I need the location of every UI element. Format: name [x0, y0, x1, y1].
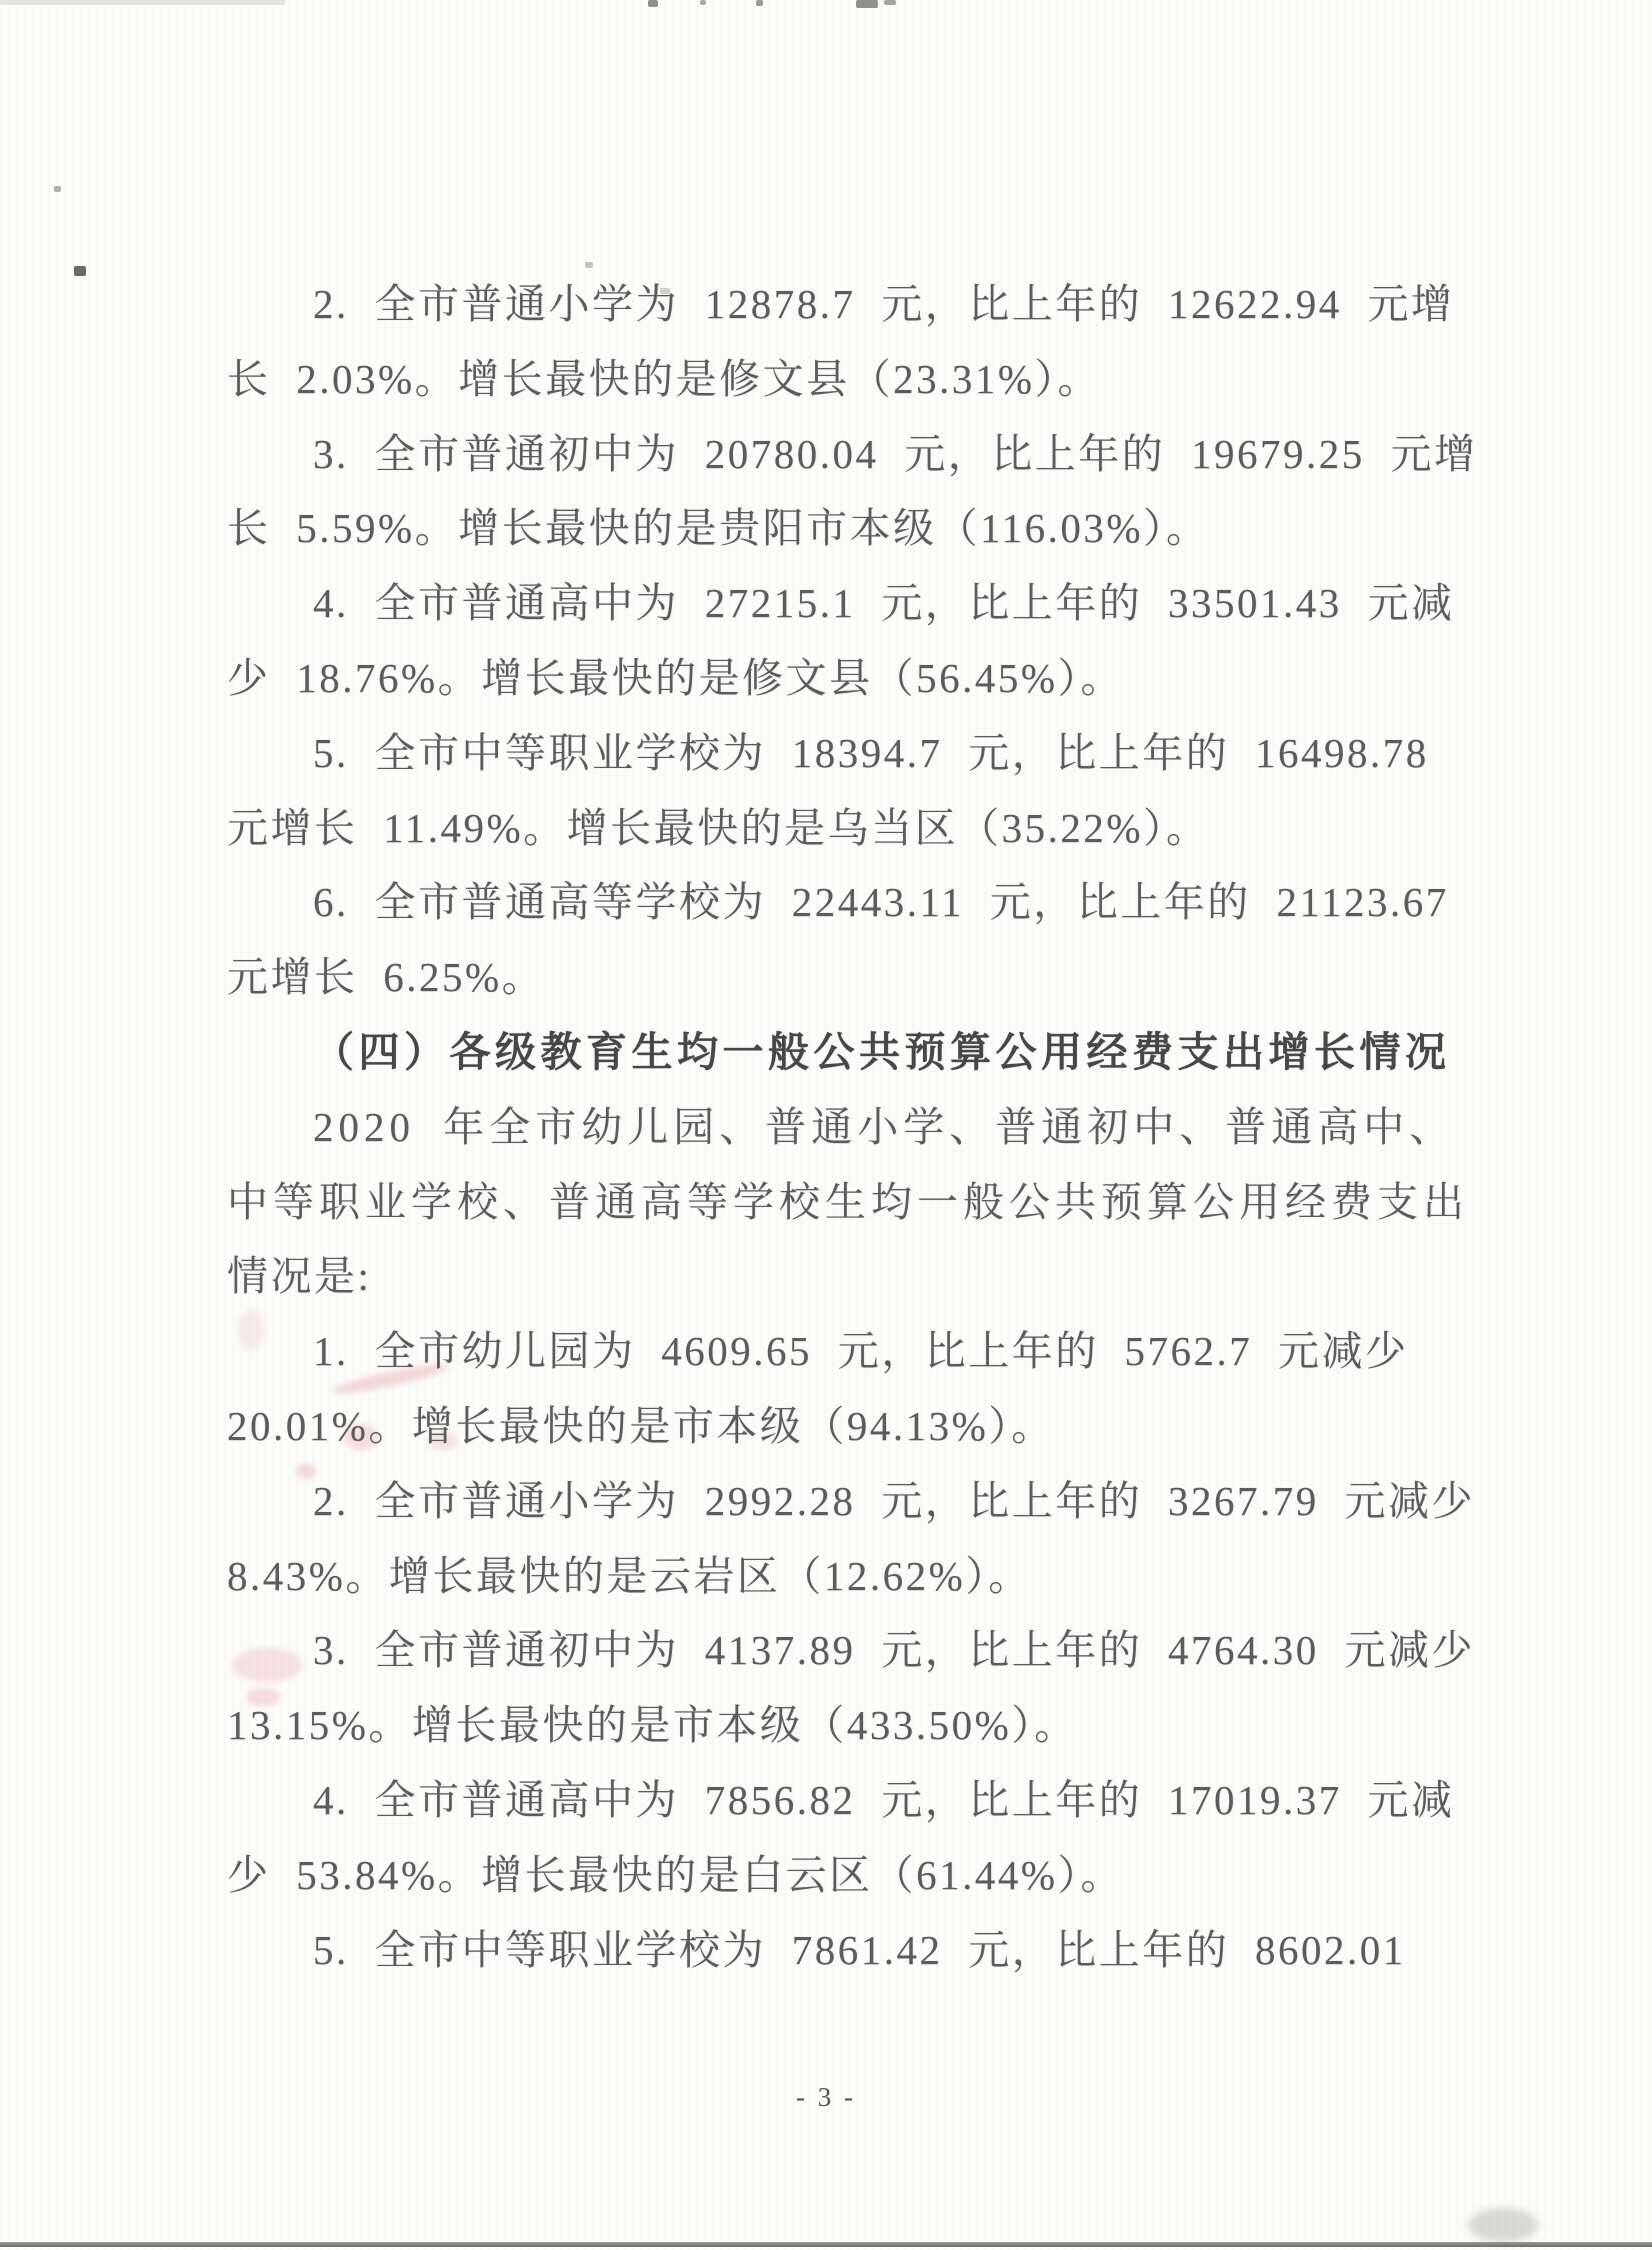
scan-speck	[884, 0, 896, 5]
text-line: 中等职业学校、普通高等学校生均一般公共预算公用经费支出	[227, 1165, 1487, 1240]
text-line: 少 18.76%。增长最快的是修文县（56.45%）。	[227, 641, 1487, 716]
document-body: 2. 全市普通小学为 12878.7 元，比上年的 12622.94 元增 长 …	[227, 267, 1487, 1987]
text-line: 5. 全市中等职业学校为 7861.42 元，比上年的 8602.01	[227, 1913, 1487, 1988]
ink-smudge	[1468, 2208, 1538, 2242]
text-line: 4. 全市普通高中为 7856.82 元，比上年的 17019.37 元减	[227, 1763, 1487, 1838]
text-line: 6. 全市普通高等学校为 22443.11 元，比上年的 21123.67	[227, 865, 1487, 940]
text-line: 5. 全市中等职业学校为 18394.7 元，比上年的 16498.78	[227, 716, 1487, 791]
text-line: 元增长 6.25%。	[227, 940, 1487, 1015]
text-line: 2020 年全市幼儿园、普通小学、普通初中、普通高中、	[227, 1090, 1487, 1165]
scan-speck	[54, 186, 61, 192]
text-line: 长 5.59%。增长最快的是贵阳市本级（116.03%）。	[227, 491, 1487, 566]
text-line: 13.15%。增长最快的是市本级（433.50%）。	[227, 1688, 1487, 1763]
text-line: 元增长 11.49%。增长最快的是乌当区（35.22%）。	[227, 791, 1487, 866]
text-line: 情况是:	[227, 1239, 1487, 1314]
scan-speck	[700, 0, 706, 5]
text-line: 3. 全市普通初中为 4137.89 元，比上年的 4764.30 元减少	[227, 1613, 1487, 1688]
scan-edge-line	[0, 2242, 1652, 2247]
scan-speck	[0, 0, 285, 5]
section-heading: （四）各级教育生均一般公共预算公用经费支出增长情况	[227, 1015, 1487, 1090]
text-line: 长 2.03%。增长最快的是修文县（23.31%）。	[227, 342, 1487, 417]
text-line: 4. 全市普通高中为 27215.1 元，比上年的 33501.43 元减	[227, 566, 1487, 641]
scan-speck	[74, 266, 86, 276]
text-line: 1. 全市幼儿园为 4609.65 元，比上年的 5762.7 元减少	[227, 1314, 1487, 1389]
page-number: - 3 -	[0, 2082, 1652, 2113]
text-line: 8.43%。增长最快的是云岩区（12.62%）。	[227, 1539, 1487, 1614]
scan-speck	[648, 0, 658, 7]
scanned-page: 2. 全市普通小学为 12878.7 元，比上年的 12622.94 元增 长 …	[0, 0, 1652, 2250]
text-line: 20.01%。增长最快的是市本级（94.13%）。	[227, 1389, 1487, 1464]
scan-speck	[756, 0, 763, 6]
text-line: 少 53.84%。增长最快的是白云区（61.44%）。	[227, 1838, 1487, 1913]
scan-speck	[856, 0, 878, 8]
text-line: 2. 全市普通小学为 2992.28 元，比上年的 3267.79 元减少	[227, 1464, 1487, 1539]
text-line: 2. 全市普通小学为 12878.7 元，比上年的 12622.94 元增	[227, 267, 1487, 342]
text-line: 3. 全市普通初中为 20780.04 元，比上年的 19679.25 元增	[227, 417, 1487, 492]
